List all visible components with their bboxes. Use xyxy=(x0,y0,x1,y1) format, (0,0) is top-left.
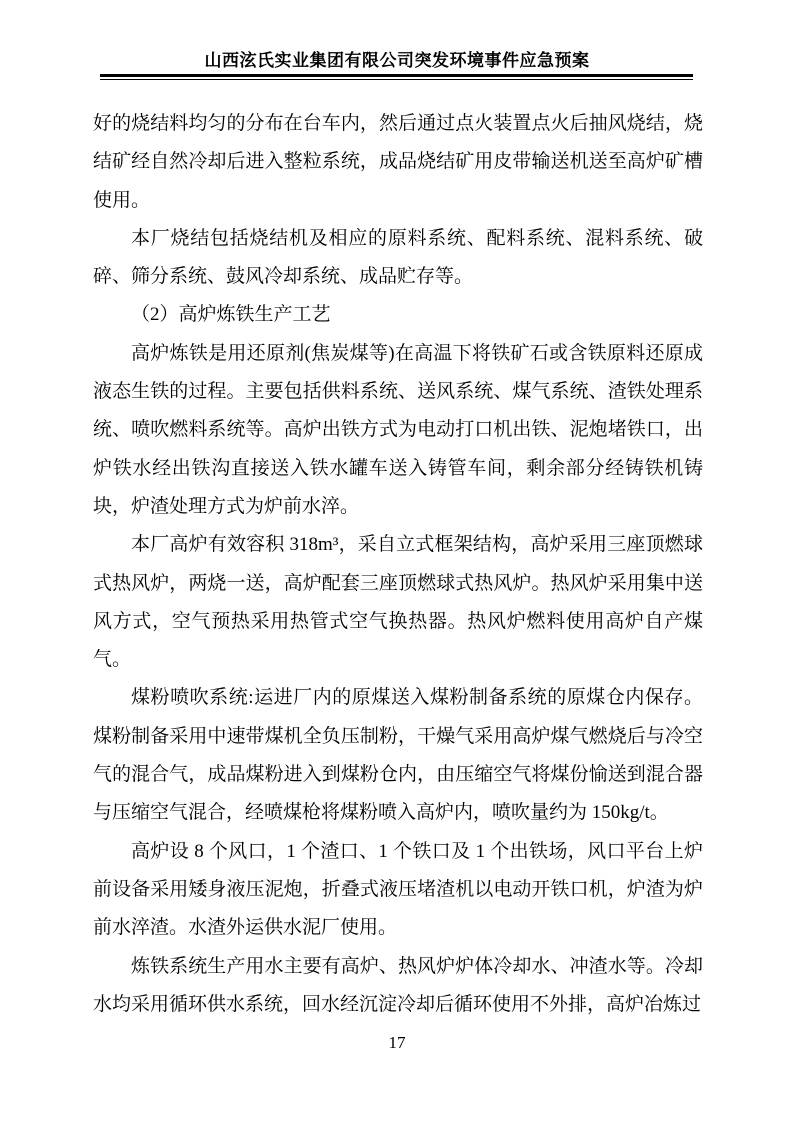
paragraph: 本厂烧结包括烧结机及相应的原料系统、配料系统、混料系统、破碎、筛分系统、鼓风冷却… xyxy=(93,220,703,297)
paragraph: 炼铁系统生产用水主要有高炉、热风炉炉体冷却水、冲渣水等。冷却水均采用循环供水系统… xyxy=(93,948,703,1025)
paragraph: 煤粉喷吹系统:运进厂内的原煤送入煤粉制备系统的原煤仓内保存。煤粉制备采用中速带煤… xyxy=(93,679,703,832)
paragraph: 好的烧结料均匀的分布在台车内，然后通过点火装置点火后抽风烧结，烧结矿经自然冷却后… xyxy=(93,105,703,220)
document-body: 好的烧结料均匀的分布在台车内，然后通过点火装置点火后抽风烧结，烧结矿经自然冷却后… xyxy=(93,105,703,1024)
paragraph: （2）高炉炼铁生产工艺 xyxy=(93,296,703,334)
paragraph: 本厂高炉有效容积 318m³，采自立式框架结构，高炉采用三座顶燃球式热风炉，两烧… xyxy=(93,526,703,679)
header-title: 山西泫氏实业集团有限公司突发环境事件应急预案 xyxy=(0,46,794,71)
paragraph: 高炉设 8 个风口，1 个渣口、1 个铁口及 1 个出铁场，风口平台上炉前设备采… xyxy=(93,833,703,948)
document-page: 山西泫氏实业集团有限公司突发环境事件应急预案 好的烧结料均匀的分布在台车内，然后… xyxy=(0,0,794,1123)
paragraph: 高炉炼铁是用还原剂(焦炭煤等)在高温下将铁矿石或含铁原料还原成液态生铁的过程。主… xyxy=(93,335,703,526)
page-number: 17 xyxy=(0,1033,794,1053)
header-divider xyxy=(100,74,693,80)
